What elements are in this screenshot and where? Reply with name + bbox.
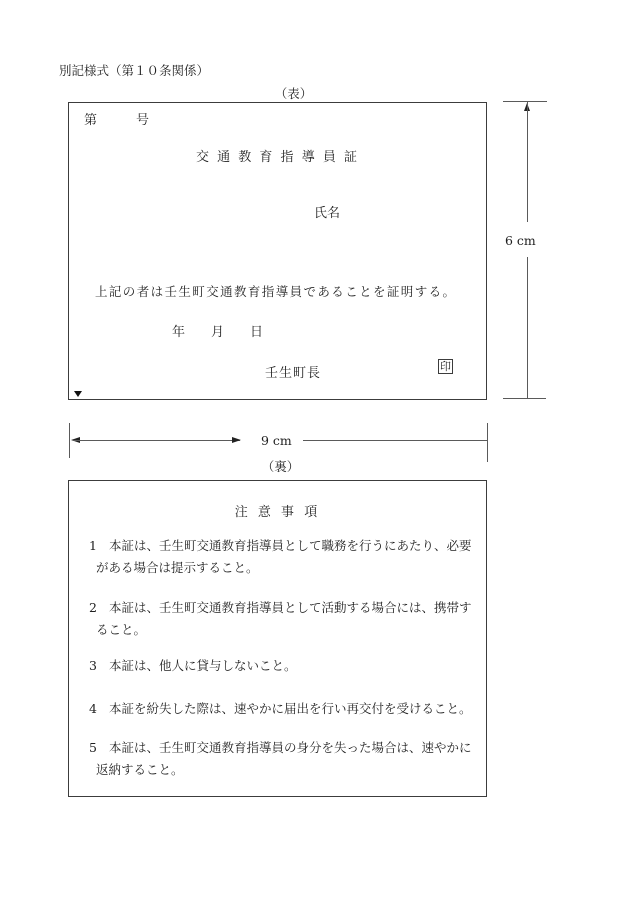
certificate-number-prefix: 第 [84, 109, 97, 128]
notice-card-back: 注 意 事 項 1 本証は、壬生町交通教育指導員として職務を行うにあたり、必要 … [68, 480, 487, 797]
form-style-label: 別記様式（第１０条関係） [59, 61, 209, 79]
height-dimension-line-upper [527, 102, 528, 222]
width-dimension-right-arrow-icon [232, 437, 241, 443]
seal-mark: 印 [438, 359, 453, 374]
height-dimension-top-tick [503, 101, 547, 102]
height-dimension-line-lower [527, 257, 528, 399]
certificate-title: 交 通 教 育 指 導 員 証 [69, 146, 486, 165]
date-line: 年 月 日 [172, 321, 263, 340]
notice-item-line: ること。 [96, 619, 478, 641]
notice-item: 4 本証を紛失した際は、速やかに届出を行い再交付を受けること。 [96, 698, 478, 720]
notice-item-line: 本証は、壬生町交通教育指導員として活動する場合には、携帯す [96, 597, 478, 619]
notice-item-number: 1 [89, 535, 97, 557]
certification-statement: 上記の者は壬生町交通教育指導員であることを証明する。 [95, 282, 456, 300]
notice-item-line: 返納すること。 [96, 759, 478, 781]
down-arrow-marker [74, 391, 82, 397]
certificate-number-suffix: 号 [136, 109, 149, 128]
height-dimension-label: 6 cm [505, 233, 536, 248]
notice-item: 2 本証は、壬生町交通教育指導員として活動する場合には、携帯す ること。 [96, 597, 478, 641]
width-dimension-line-right [303, 440, 487, 441]
front-side-caption: （表） [84, 84, 503, 102]
notice-item: 3 本証は、他人に貸与しないこと。 [96, 655, 478, 677]
notice-item-line: がある場合は提示すること。 [96, 557, 478, 579]
notice-title: 注 意 事 項 [69, 501, 486, 520]
height-dimension-bottom-tick [503, 398, 546, 399]
notice-item-number: 3 [89, 655, 97, 677]
notice-item-number: 4 [89, 698, 97, 720]
notice-item-number: 2 [89, 597, 97, 619]
notice-item-line: 本証は、壬生町交通教育指導員の身分を失った場合は、速やかに [96, 737, 478, 759]
back-side-caption: （裏） [71, 457, 490, 475]
certificate-card-front: 第 号 交 通 教 育 指 導 員 証 氏名 上記の者は壬生町交通教育指導員であ… [68, 102, 487, 400]
width-dimension-line-left [73, 440, 240, 441]
issuer-label: 壬生町長 [265, 362, 321, 381]
notice-item-line: 本証は、壬生町交通教育指導員として職務を行うにあたり、必要 [96, 535, 478, 557]
notice-item-line: 本証を紛失した際は、速やかに届出を行い再交付を受けること。 [96, 698, 478, 720]
width-dimension-left-tick [69, 423, 70, 458]
notice-item-number: 5 [89, 737, 97, 759]
document-page: 別記様式（第１０条関係） （表） 第 号 交 通 教 育 指 導 員 証 氏名 … [0, 0, 630, 903]
name-field-label: 氏名 [314, 202, 340, 221]
notice-item: 1 本証は、壬生町交通教育指導員として職務を行うにあたり、必要 がある場合は提示… [96, 535, 478, 579]
notice-item-line: 本証は、他人に貸与しないこと。 [96, 655, 478, 677]
notice-item: 5 本証は、壬生町交通教育指導員の身分を失った場合は、速やかに 返納すること。 [96, 737, 478, 781]
width-dimension-label: 9 cm [261, 433, 292, 448]
